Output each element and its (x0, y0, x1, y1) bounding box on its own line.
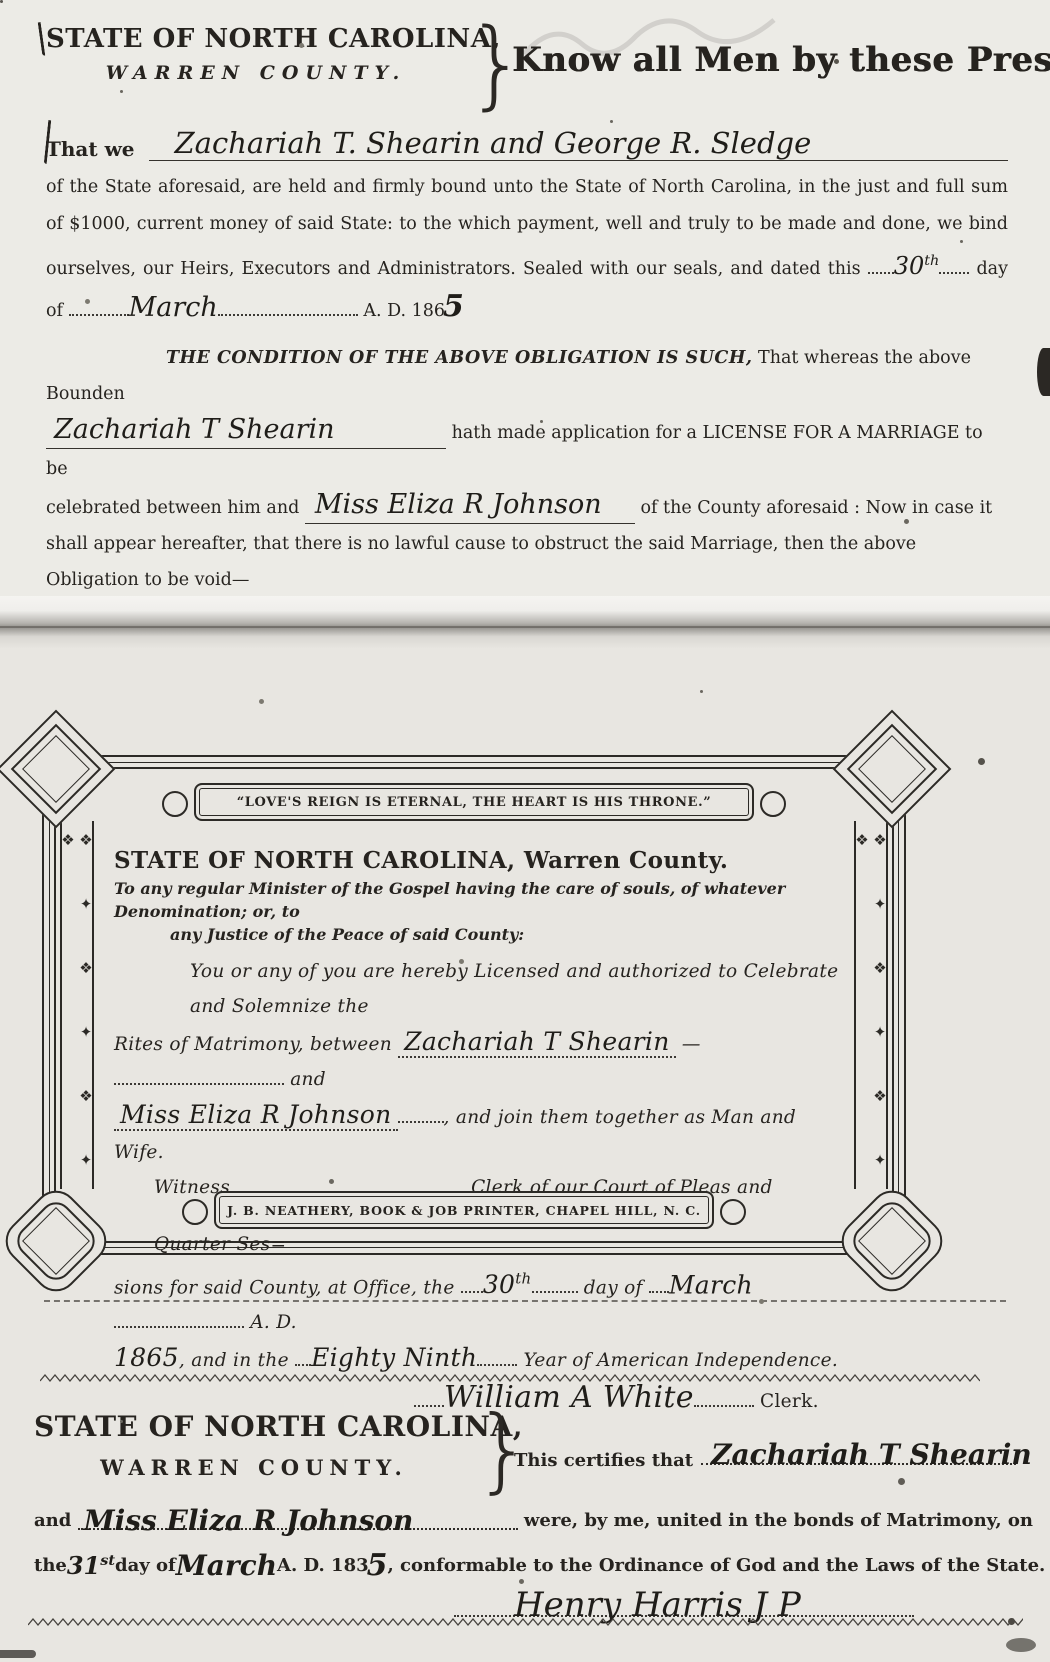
license-day-handwritten: 30th (483, 1270, 532, 1299)
blank-line (868, 258, 894, 274)
blank-line (532, 1277, 578, 1293)
bond-month-handwritten: March (129, 292, 218, 323)
bond-year-handwritten: 5 (443, 289, 464, 324)
paper-speckles (0, 0, 3, 3)
independence-year-handwritten: Eighty Ninth (311, 1343, 477, 1372)
dash-mark: — (682, 1034, 701, 1055)
and-word: and (34, 1506, 71, 1536)
corner-ornament (0, 710, 115, 829)
certificate-day-handwritten: 31st (67, 1546, 115, 1581)
bond-county-heading: WARREN COUNTY. (46, 62, 466, 84)
bride-name-handwritten: Miss Eliza R Johnson (305, 487, 635, 524)
page-edge-shadow (0, 596, 1050, 648)
addressee-line1: To any regular Minister of the Gospel ha… (114, 879, 785, 921)
principals-handwritten: Zachariah T. Shearin and George R. Sledg… (149, 126, 1008, 161)
ad-label: A. D. (250, 1312, 297, 1333)
blank-line (939, 258, 969, 274)
scrollwork-rail (854, 821, 888, 1189)
clerk-clause2-pre: sions for said County, at Office, the (114, 1277, 455, 1298)
scanned-marriage-bond-document: STATE OF NORTH CAROLINA, WARREN COUNTY. … (0, 0, 1050, 1662)
addressee-clause: To any regular Minister of the Gospel ha… (114, 877, 840, 946)
marriage-bond-section: STATE OF NORTH CAROLINA, WARREN COUNTY. … (0, 0, 1050, 600)
bride-row: and Miss Eliza R Johnson were, by me, un… (34, 1506, 1016, 1536)
license-script-body: You or any of you are hereby Licensed an… (114, 954, 840, 1419)
license-year-handwritten: 1865 (114, 1343, 179, 1372)
ink-blot (0, 1650, 36, 1658)
groom-name-handwritten: Zachariah T Shearin (46, 412, 446, 449)
year-printed: A. D. 186 (363, 301, 445, 321)
blank-line (295, 1350, 311, 1366)
groom-line: Zachariah T Shearin (701, 1463, 1016, 1465)
day-of-label: day of (584, 1277, 643, 1298)
bond-body-text: of the State aforesaid, are held and fir… (46, 177, 1008, 279)
condition-line4: shall appear hereafter, that there is no… (46, 526, 1008, 598)
license-state-heading: STATE OF NORTH CAROLINA, (114, 847, 515, 874)
clerk-title: Clerk. (760, 1391, 819, 1412)
corner-ornament (0, 1182, 115, 1301)
and-word: and (290, 1069, 326, 1090)
ink-blot (1006, 1638, 1036, 1652)
that-we-label: That we (46, 137, 149, 161)
blank-line (649, 1277, 669, 1293)
license-heading: STATE OF NORTH CAROLINA, Warren County. (114, 847, 840, 874)
blank-line (461, 1277, 483, 1293)
blank-line (114, 1312, 244, 1328)
second-page: “LOVE'S REIGN IS ETERNAL, THE HEART IS H… (0, 648, 1050, 1662)
blank-line (694, 1391, 754, 1407)
brace-ornament: } (466, 16, 512, 112)
grant-line1: You or any of you are hereby Licensed an… (114, 954, 840, 1024)
groom-name-handwritten: Zachariah T Shearin (711, 1438, 1032, 1471)
grant-line3: Miss Eliza R Johnson, and join them toge… (114, 1097, 840, 1170)
bond-state-heading: STATE OF NORTH CAROLINA, (46, 24, 466, 54)
motto-banner: “LOVE'S REIGN IS ETERNAL, THE HEART IS H… (194, 783, 754, 821)
printer-line: J. B. NEATHERY, BOOK & JOB PRINTER, CHAP… (227, 1203, 701, 1218)
grant-line2: Rites of Matrimony, between Zachariah T … (114, 1024, 840, 1097)
clerk-signature: William A White (444, 1380, 694, 1415)
license-month-handwritten: March (669, 1270, 753, 1299)
license-county-heading: Warren County. (524, 847, 728, 874)
scrollwork-rail (60, 821, 94, 1189)
bleed-through-smudge (520, 14, 780, 66)
date-row: the 31st day of March A. D. 1835, confor… (34, 1546, 1016, 1581)
corner-ornament (833, 1182, 952, 1301)
independence-line: 1865, and in the Eighty Ninth Year of Am… (114, 1340, 840, 1378)
condition-line3-post: of the County aforesaid : Now in case it (640, 498, 992, 518)
bond-body-paragraph: of the State aforesaid, are held and fir… (46, 169, 1008, 330)
clerk-signature-line: William A White Clerk. (114, 1380, 840, 1419)
condition-line3-pre: celebrated between him and (46, 498, 299, 518)
condition-paragraph: THE CONDITION OF THE ABOVE OBLIGATION IS… (46, 340, 1008, 634)
zigzag-divider (28, 1618, 1023, 1628)
grant-line2-pre: Rites of Matrimony, between (114, 1034, 392, 1055)
groom-name-handwritten: Zachariah T Shearin (398, 1027, 675, 1058)
addressee-line2: any Justice of the Peace of said County: (114, 923, 840, 946)
bride-name-handwritten: Miss Eliza R Johnson (114, 1100, 398, 1131)
corner-ornament (833, 710, 952, 829)
condition-heading: THE CONDITION OF THE ABOVE OBLIGATION IS… (166, 348, 752, 368)
year-clause-post: Year of American Independence. (523, 1350, 838, 1371)
certifies-post: , conformable to the Ordinance of God an… (388, 1551, 1046, 1581)
ink-blot (1037, 348, 1050, 396)
blank-line (114, 1069, 284, 1085)
certificate-header: STATE OF NORTH CAROLINA, WARREN COUNTY. … (34, 1410, 1016, 1496)
officiant-signature-line: Henry Harris J P (454, 1615, 914, 1617)
certificate-state-county: STATE OF NORTH CAROLINA, WARREN COUNTY. (34, 1410, 474, 1480)
motto-text: “LOVE'S REIGN IS ETERNAL, THE HEART IS H… (237, 795, 712, 810)
blank-line (414, 1391, 444, 1407)
certificate-month-handwritten: March (176, 1551, 277, 1581)
certifies-row: This certifies that Zachariah T Shearin (514, 1450, 1016, 1471)
office-date-line: sions for said County, at Office, the 30… (114, 1262, 840, 1340)
certificate-county-heading: WARREN COUNTY. (34, 1455, 474, 1480)
condition-heading-line: THE CONDITION OF THE ABOVE OBLIGATION IS… (46, 340, 1008, 412)
blank-line (69, 300, 129, 316)
bond-day-handwritten: 30th (894, 252, 940, 280)
the-word: the (34, 1551, 67, 1581)
year-overwritten-handwritten: 5 (367, 1551, 388, 1581)
certifies-mid: were, by me, united in the bonds of Matr… (524, 1506, 1033, 1536)
bride-name-handwritten: Miss Eliza R Johnson (84, 1506, 414, 1536)
marriage-certificate-section: STATE OF NORTH CAROLINA, WARREN COUNTY. … (0, 1410, 1050, 1617)
blank-line (398, 1107, 444, 1123)
condition-line3: celebrated between him and Miss Eliza R … (46, 487, 1008, 526)
certifies-label: This certifies that (514, 1450, 701, 1471)
license-content: STATE OF NORTH CAROLINA, Warren County. … (114, 847, 840, 1419)
printer-banner: J. B. NEATHERY, BOOK & JOB PRINTER, CHAP… (214, 1191, 714, 1229)
ad-printed: A. D. 183 (277, 1551, 369, 1581)
principals-row: That we Zachariah T. Shearin and George … (46, 126, 1008, 161)
blank-line (218, 300, 358, 316)
license-ornate-frame: “LOVE'S REIGN IS ETERNAL, THE HEART IS H… (42, 755, 906, 1255)
blank-line (477, 1350, 517, 1366)
condition-line2: Zachariah T Shearin hath made applicatio… (46, 412, 1008, 487)
day-of-label: day of (115, 1551, 176, 1581)
year-clause-mid: , and in the (179, 1350, 289, 1371)
bride-line: Miss Eliza R Johnson (78, 1528, 518, 1530)
bond-state-county: STATE OF NORTH CAROLINA, WARREN COUNTY. (46, 24, 466, 84)
